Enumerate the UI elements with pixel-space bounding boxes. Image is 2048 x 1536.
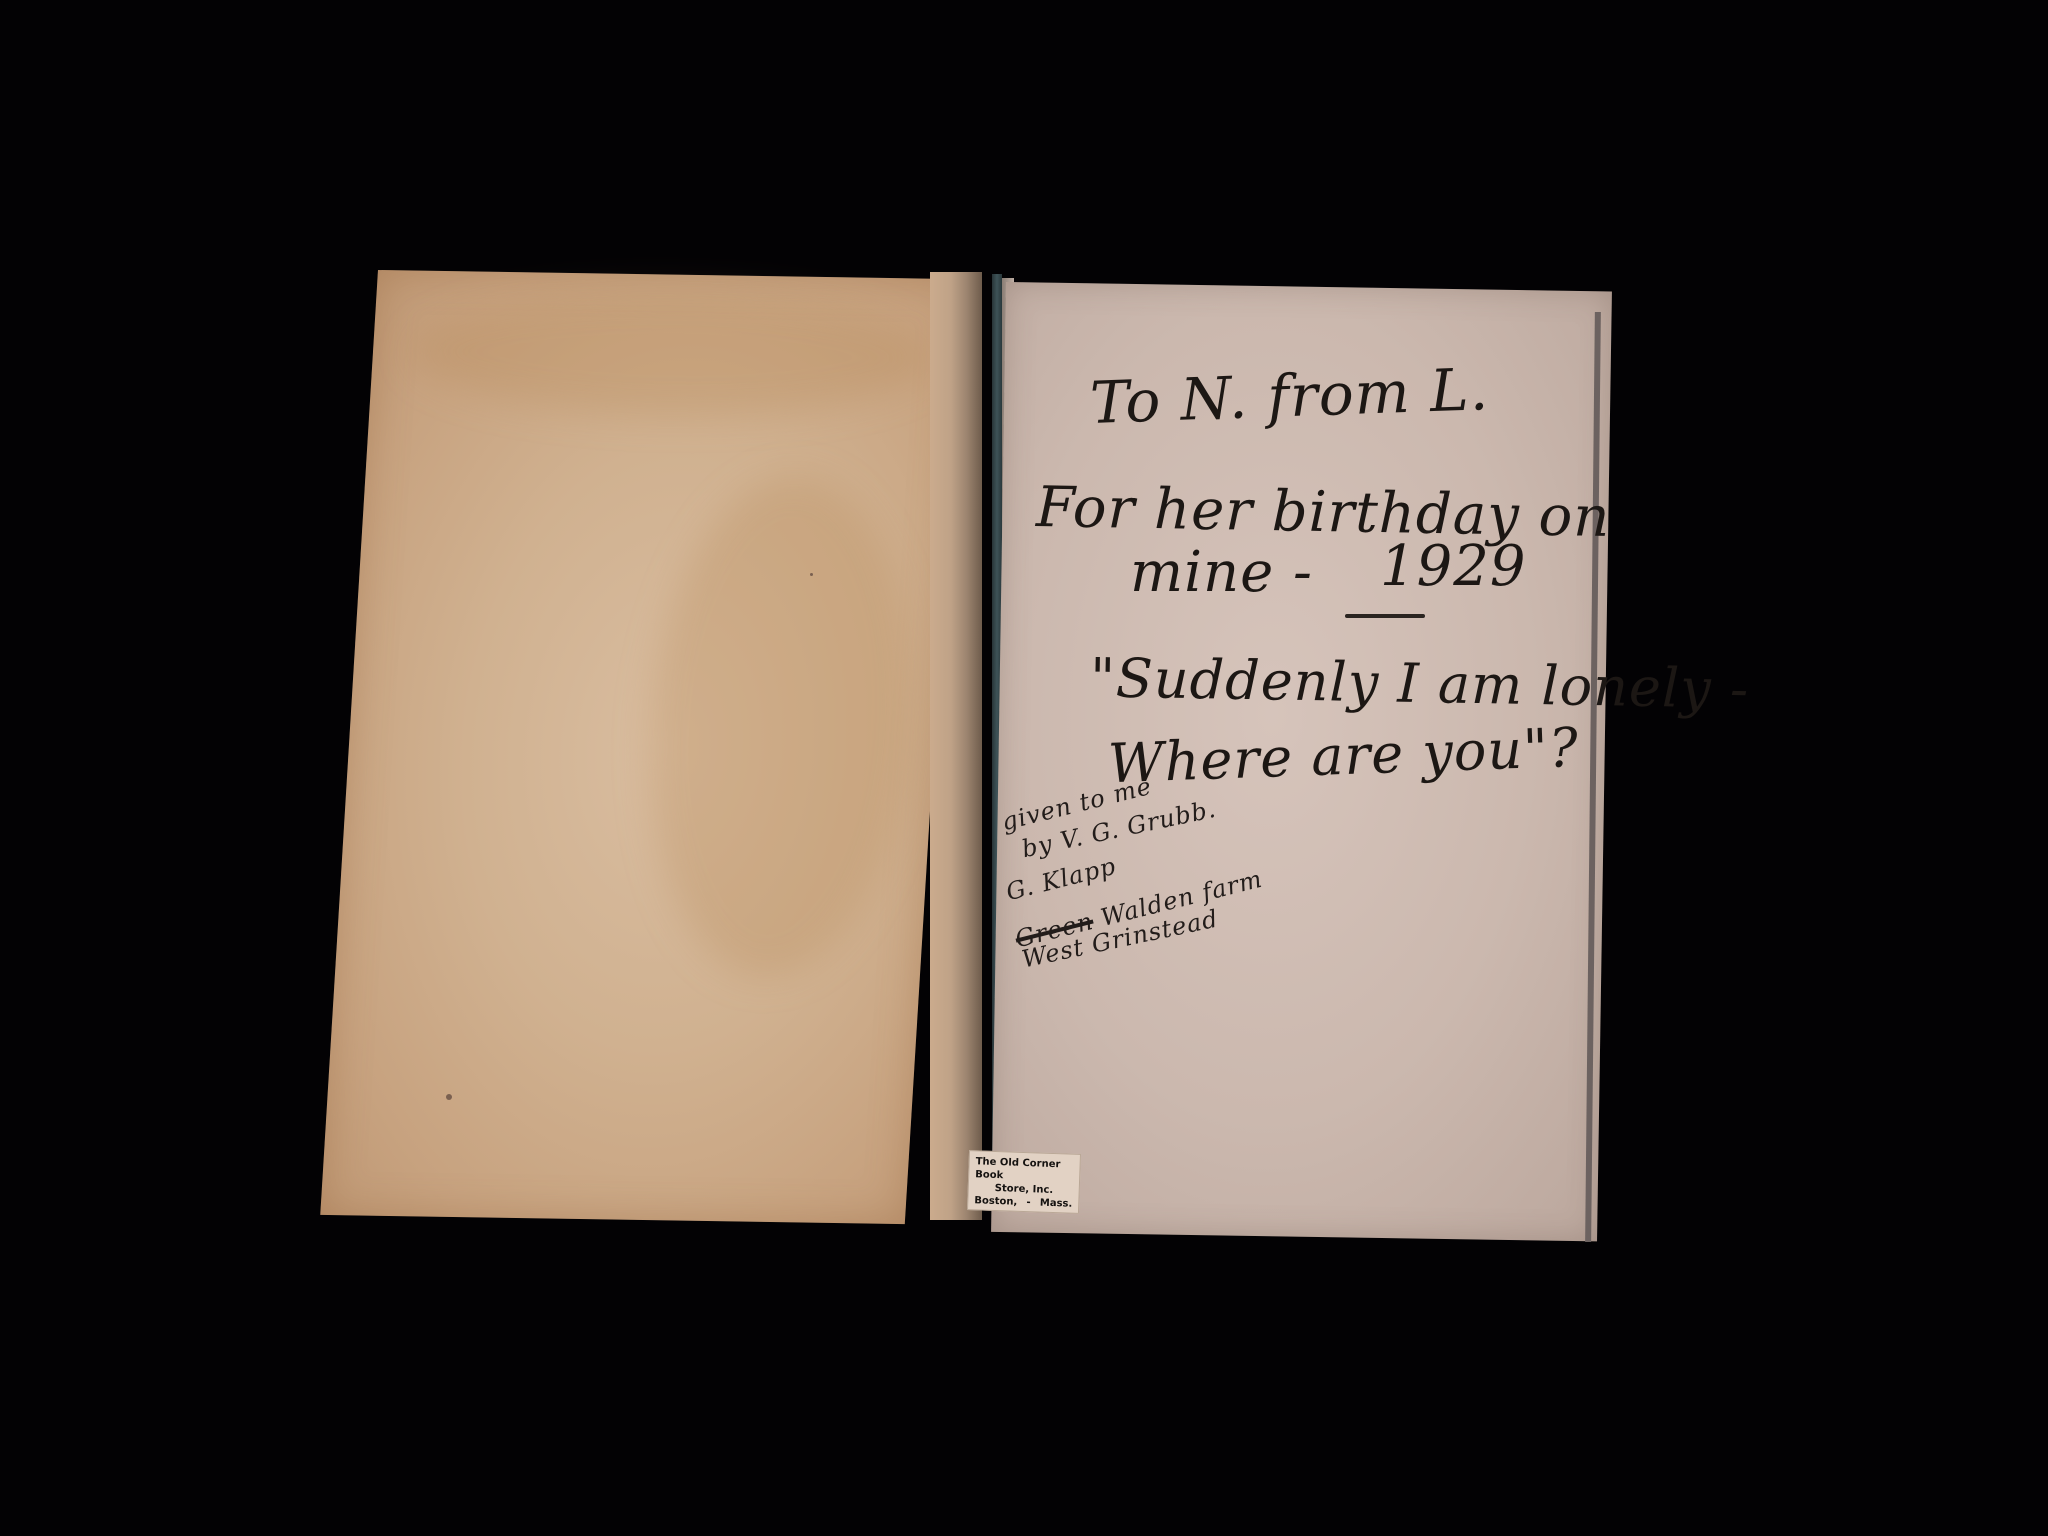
- year-underline: [1345, 614, 1425, 618]
- label-line-1: The Old Corner Book: [975, 1155, 1074, 1184]
- foxing-spot: [446, 1094, 452, 1100]
- inscription-line-3: mine -: [1130, 540, 1313, 605]
- inscription-year: 1929: [1380, 534, 1527, 599]
- foxing-spot: [810, 573, 813, 576]
- open-book: To N. from L. For her birthday on mine -…: [0, 0, 2048, 1536]
- label-dash: -: [1026, 1196, 1031, 1209]
- label-line-3: Boston, - Mass.: [974, 1194, 1072, 1210]
- bookseller-label: The Old Corner Book Store, Inc. Boston, …: [967, 1150, 1081, 1214]
- left-gutter: [930, 272, 982, 1220]
- foxing-stain: [635, 475, 925, 979]
- left-endpaper: [320, 270, 962, 1224]
- label-state: Mass.: [1040, 1197, 1073, 1211]
- quote-line-1: "Suddenly I am lonely -: [1090, 646, 1750, 720]
- inscription-line-1: To N. from L.: [1089, 355, 1490, 437]
- foxing-stain: [409, 291, 936, 419]
- label-city: Boston,: [974, 1194, 1017, 1208]
